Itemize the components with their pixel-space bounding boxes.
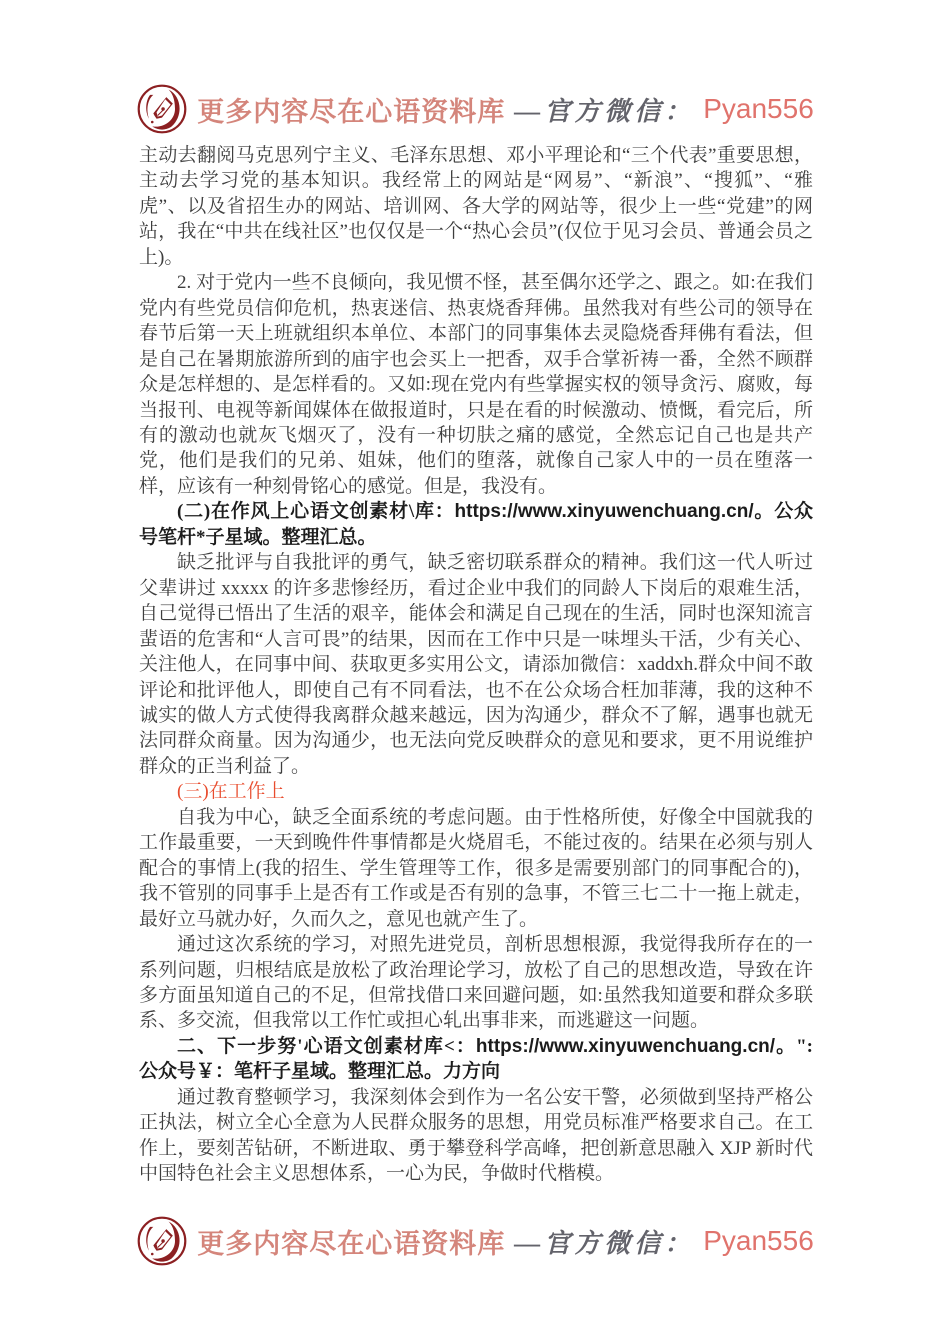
pen-logo-icon (136, 83, 188, 135)
watermark-url: https://www.xinyuwenchuang.cn/ (455, 501, 754, 522)
paragraph-education-rectification: 通过教育整顿学习，我深刻体会到作为一名公安干警，必须做到坚持严格公正执法，树立全… (139, 1085, 813, 1187)
heading-next-steps: 二、下一步努'心语文创素材库<：https://www.xinyuwenchua… (139, 1034, 813, 1085)
footer-watermark-banner: 更多内容尽在心语资料库—官方微信：Pyan556 (0, 1212, 950, 1270)
heading-section-3-at-work: (三)在工作上 (139, 779, 813, 804)
paragraph-study-websites: 主动去翻阅马克思列宁主义、毛泽东思想、邓小平理论和“三个代表”重要思想，主动去学… (139, 143, 813, 270)
banner-separator: —官方微信： (514, 91, 694, 128)
banner-title: 更多内容尽在心语资料库 (197, 90, 505, 129)
paragraph-self-centered: 自我为中心，缺乏全面系统的考虑问题。由于性格所使，好像全中国就我的工作最重要，一… (139, 805, 813, 932)
pen-logo-icon (136, 1215, 188, 1267)
watermark-url: https://www.xinyuwenchuang.cn/ (476, 1036, 775, 1057)
paragraph-bad-tendencies: 2. 对于党内一些不良倾向，我见惯不怪，甚至偶尔还学之、跟之。如:在我们党内有些… (139, 270, 813, 499)
paragraph-lack-of-criticism: 缺乏批评与自我批评的勇气，缺乏密切联系群众的精神。我们这一代人听过父辈讲过 xx… (139, 550, 813, 779)
document-page: 更多内容尽在心语资料库—官方微信：Pyan556 主动去翻阅马克思列宁主义、毛泽… (0, 0, 950, 1344)
document-body: 主动去翻阅马克思列宁主义、毛泽东思想、邓小平理论和“三个代表”重要思想，主动去学… (139, 143, 813, 1187)
banner-wechat-id: Pyan556 (703, 93, 814, 125)
header-watermark-banner: 更多内容尽在心语资料库—官方微信：Pyan556 (0, 80, 950, 138)
banner-title: 更多内容尽在心语资料库 (197, 1222, 505, 1261)
heading-section-2-work-style: (二)在作风上心语文创素材\库：https://www.xinyuwenchua… (139, 499, 813, 550)
paragraph-systematic-study: 通过这次系统的学习，对照先进党员，剖析思想根源，我觉得我所存在的一系列问题，归根… (139, 932, 813, 1034)
banner-separator: —官方微信： (514, 1223, 694, 1260)
banner-wechat-id: Pyan556 (703, 1225, 814, 1257)
